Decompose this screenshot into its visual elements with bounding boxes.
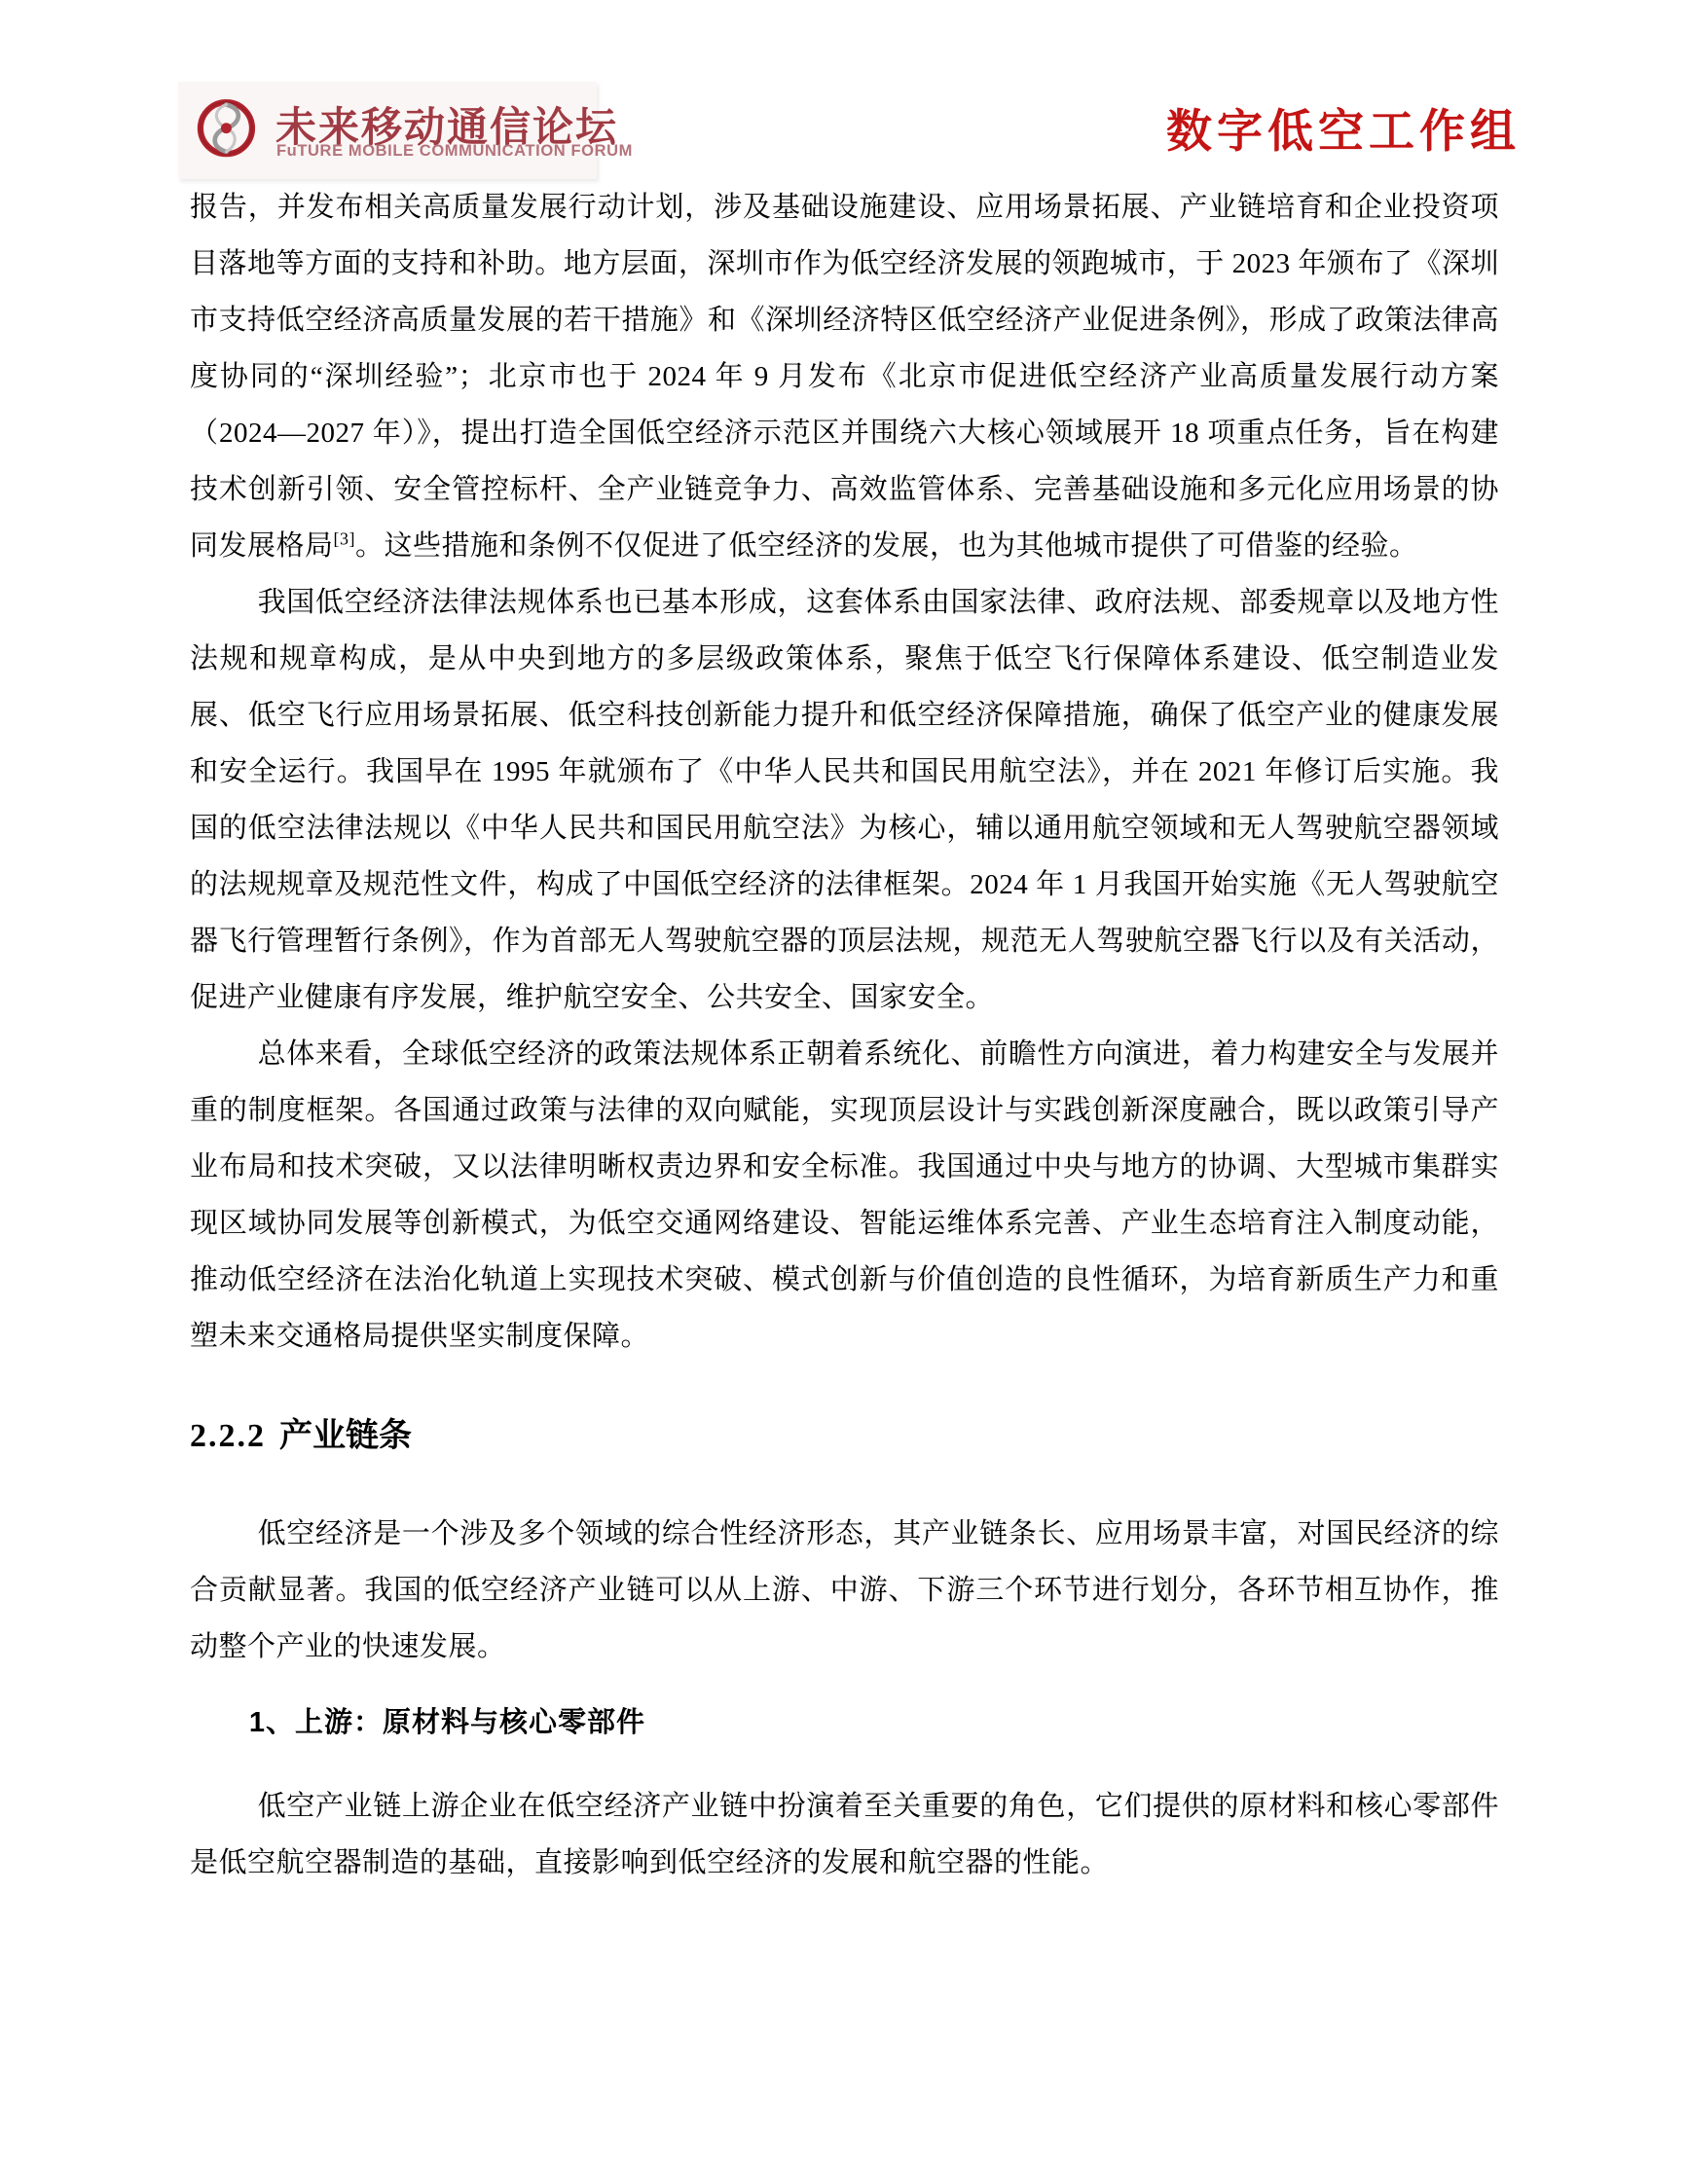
paragraph-3: 总体来看，全球低空经济的政策法规体系正朝着系统化、前瞻性方向演进，着力构建安全与…: [190, 1026, 1499, 1365]
section-heading: 2.2.2产业链条: [190, 1411, 1499, 1461]
forum-logo: 未来移动通信论坛 FuTURE MOBILE COMMUNICATION FOR…: [178, 82, 597, 179]
logo-title-en: FuTURE MOBILE COMMUNICATION FORUM: [276, 142, 633, 161]
paragraph-4: 低空经济是一个涉及多个领域的综合性经济形态，其产业链条长、应用场景丰富，对国民经…: [190, 1506, 1499, 1675]
forum-logo-icon: [190, 90, 266, 171]
subsection-heading: 1、上游：原材料与核心零部件: [190, 1694, 1499, 1751]
body-text: 报告，并发布相关高质量发展行动计划，涉及基础设施建设、应用场景拓展、产业链培育和…: [190, 179, 1499, 1891]
section-heading-title: 产业链条: [279, 1417, 412, 1454]
paragraph-5: 低空产业链上游企业在低空经济产业链中扮演着至关重要的角色，它们提供的原材料和核心…: [190, 1778, 1499, 1891]
footnote-ref-3: [3]: [334, 528, 355, 548]
paragraph-2: 我国低空经济法律法规体系也已基本形成，这套体系由国家法律、政府法规、部委规章以及…: [190, 574, 1499, 1026]
paragraph-1-text: 报告，并发布相关高质量发展行动计划，涉及基础设施建设、应用场景拓展、产业链培育和…: [190, 192, 1499, 562]
paragraph-1-text-cont: 。这些措施和条例不仅促进了低空经济的发展，也为其他城市提供了可借鉴的经验。: [355, 530, 1418, 562]
document-page: 未来移动通信论坛 FuTURE MOBILE COMMUNICATION FOR…: [0, 0, 1688, 2184]
paragraph-1: 报告，并发布相关高质量发展行动计划，涉及基础设施建设、应用场景拓展、产业链培育和…: [190, 179, 1499, 574]
section-heading-number: 2.2.2: [190, 1418, 266, 1454]
workgroup-title: 数字低空工作组: [1166, 95, 1521, 161]
